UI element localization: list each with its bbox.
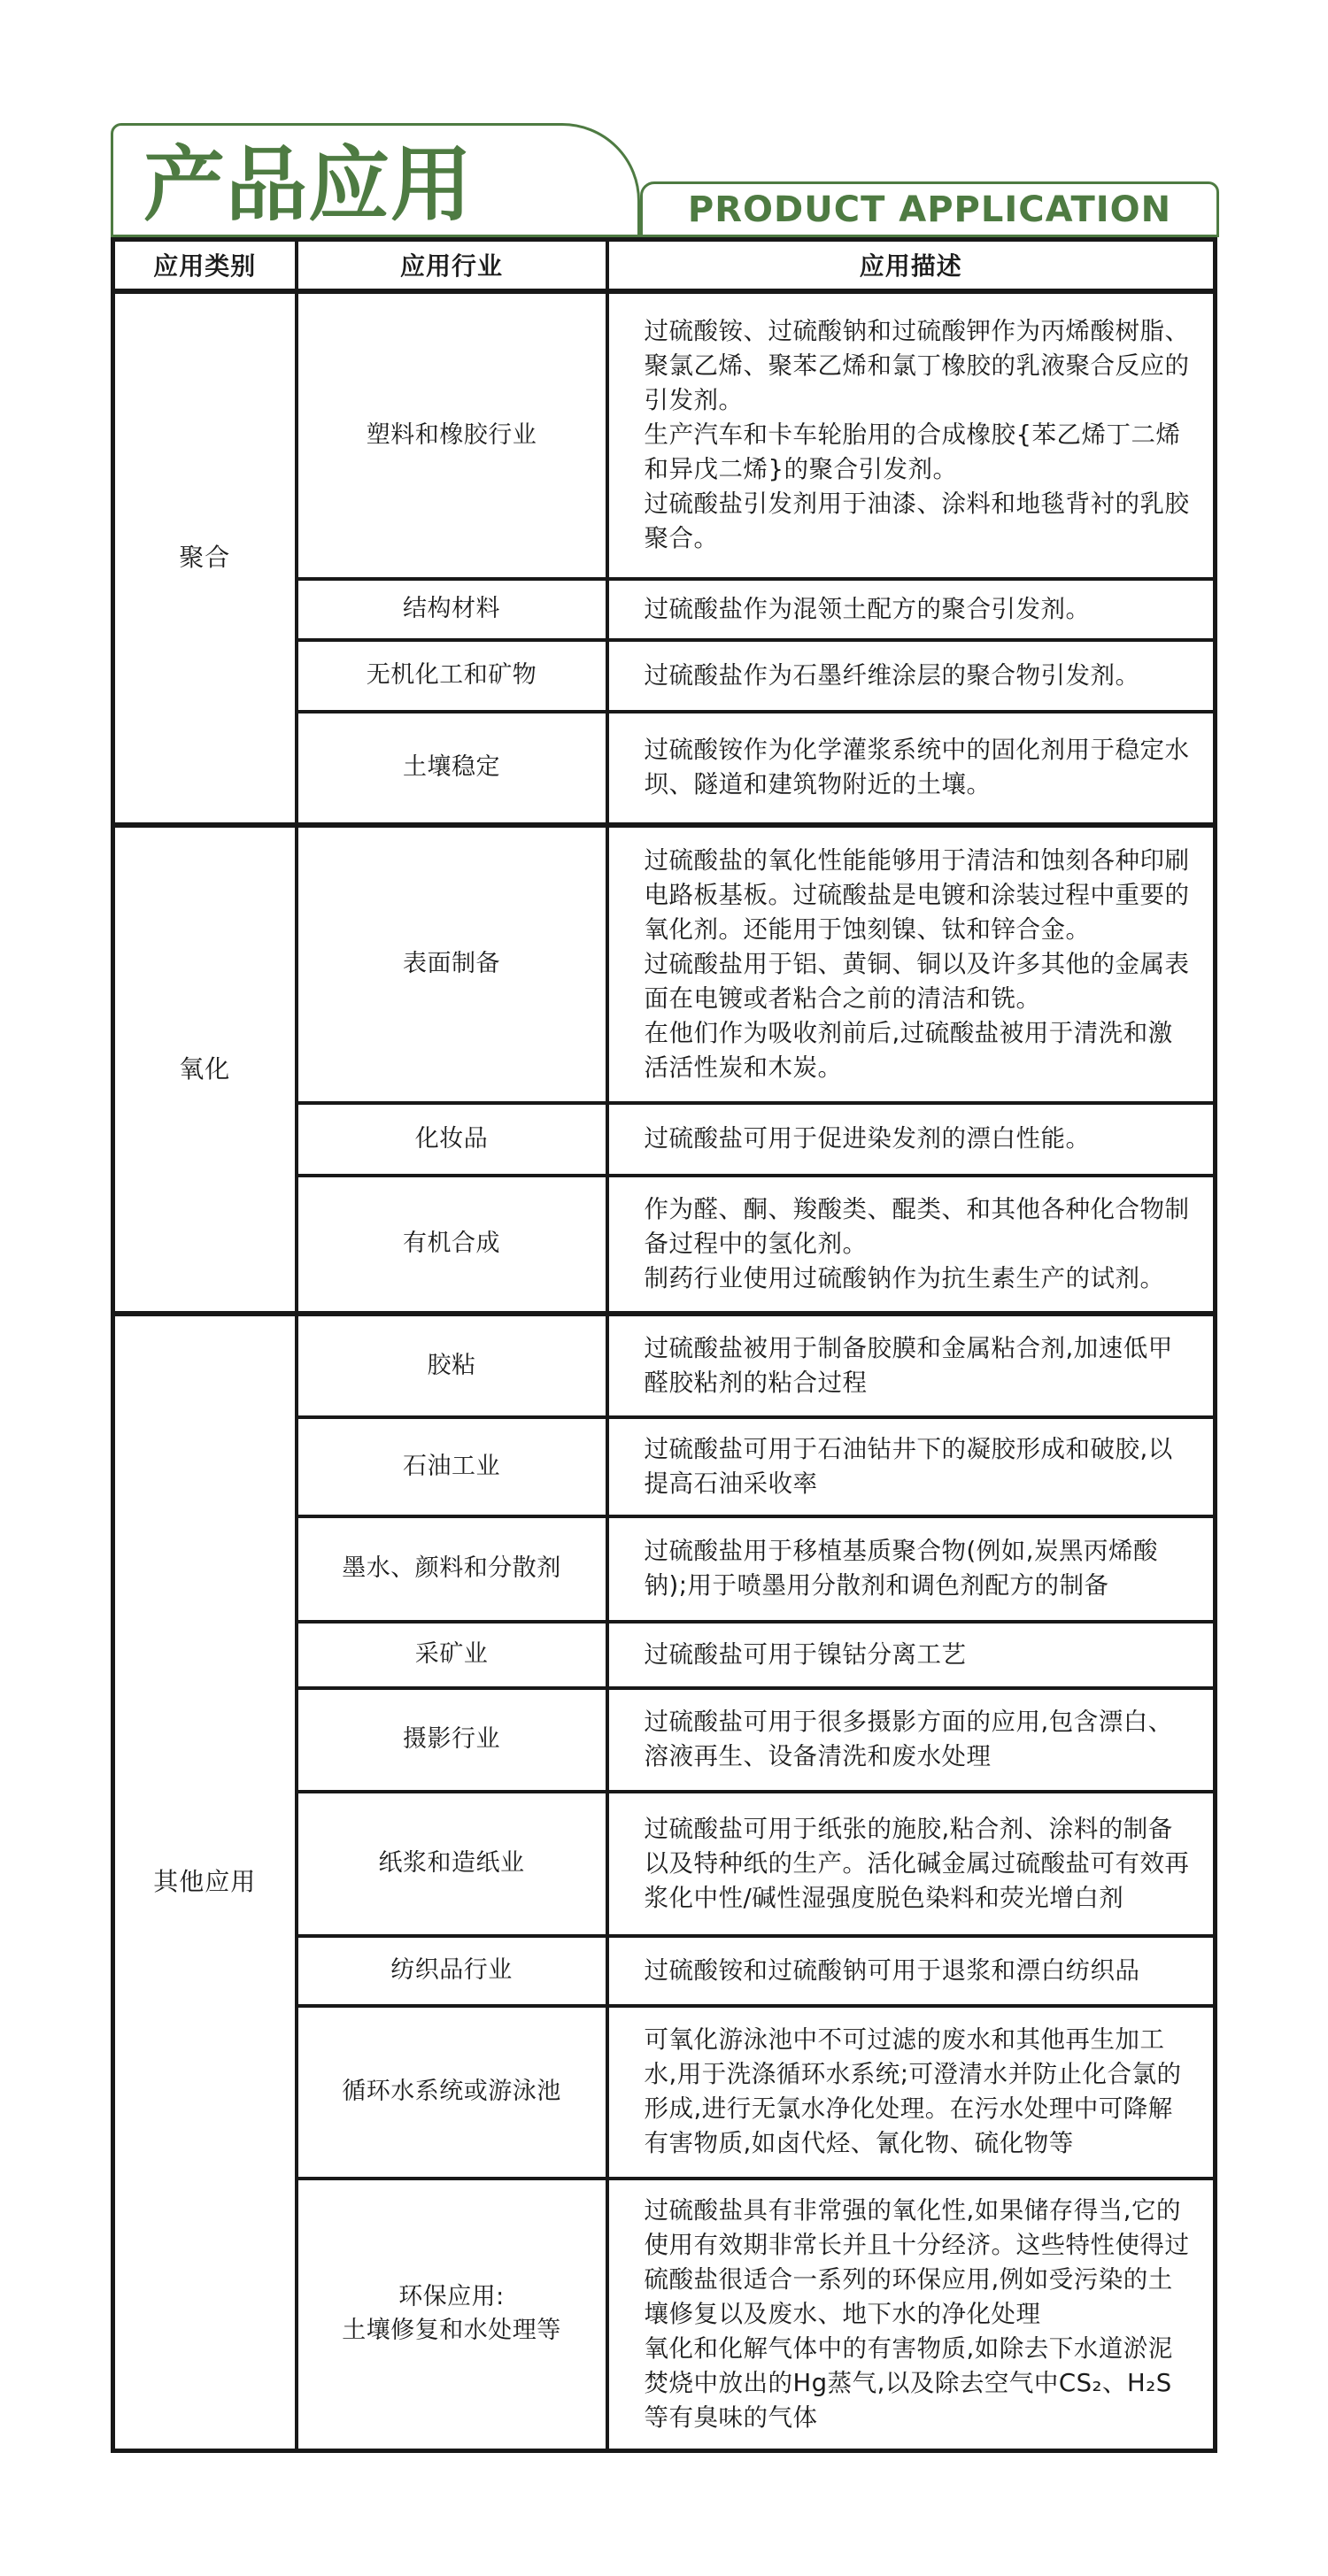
- description-cell: 过硫酸盐作为混领土配方的聚合引发剂。: [607, 579, 1216, 640]
- description-cell: 过硫酸盐可用于石油钻井下的凝胶形成和破胶,以提高石油采收率: [607, 1417, 1216, 1516]
- category-cell: 氧化: [113, 825, 297, 1314]
- category-cell: 聚合: [113, 291, 297, 825]
- industry-cell: 循环水系统或游泳池: [297, 2006, 607, 2179]
- product-application-table: 应用类别 应用行业 应用描述 聚合 塑料和橡胶行业 过硫酸铵、过硫酸钠和过硫酸钾…: [111, 237, 1217, 2453]
- description-cell: 过硫酸盐具有非常强的氧化性,如果储存得当,它的使用有效期非常长并且十分经济。这些…: [607, 2179, 1216, 2451]
- industry-cell: 胶粘: [297, 1314, 607, 1417]
- col-header-industry: 应用行业: [297, 240, 607, 291]
- industry-cell: 表面制备: [297, 825, 607, 1103]
- table-row: 其他应用 胶粘 过硫酸盐被用于制备胶膜和金属粘合剂,加速低甲醛胶粘剂的粘合过程: [113, 1314, 1216, 1417]
- description-cell: 过硫酸盐作为石墨纤维涂层的聚合物引发剂。: [607, 640, 1216, 712]
- industry-cell: 采矿业: [297, 1622, 607, 1688]
- industry-cell: 纺织品行业: [297, 1936, 607, 2006]
- description-cell: 过硫酸铵和过硫酸钠可用于退浆和漂白纺织品: [607, 1936, 1216, 2006]
- description-cell: 过硫酸盐被用于制备胶膜和金属粘合剂,加速低甲醛胶粘剂的粘合过程: [607, 1314, 1216, 1417]
- industry-cell: 墨水、颜料和分散剂: [297, 1516, 607, 1622]
- description-cell: 过硫酸盐可用于纸张的施胶,粘合剂、涂料的制备以及特种纸的生产。活化碱金属过硫酸盐…: [607, 1792, 1216, 1936]
- industry-cell: 环保应用: 土壤修复和水处理等: [297, 2179, 607, 2451]
- industry-cell: 纸浆和造纸业: [297, 1792, 607, 1936]
- industry-cell: 有机合成: [297, 1176, 607, 1314]
- col-header-description: 应用描述: [607, 240, 1216, 291]
- table-header-row: 应用类别 应用行业 应用描述: [113, 240, 1216, 291]
- description-cell: 过硫酸铵、过硫酸钠和过硫酸钾作为丙烯酸树脂、聚氯乙烯、聚苯乙烯和氯丁橡胶的乳液聚…: [607, 291, 1216, 579]
- title-tab-en: PRODUCT APPLICATION: [640, 181, 1219, 237]
- industry-cell: 石油工业: [297, 1417, 607, 1516]
- industry-cell: 摄影行业: [297, 1688, 607, 1792]
- description-cell: 过硫酸盐用于移植基质聚合物(例如,炭黑丙烯酸钠);用于喷墨用分散剂和调色剂配方的…: [607, 1516, 1216, 1622]
- table-row: 氧化 表面制备 过硫酸盐的氧化性能能够用于清洁和蚀刻各种印刷电路板基板。过硫酸盐…: [113, 825, 1216, 1103]
- description-cell: 过硫酸盐可用于很多摄影方面的应用,包含漂白、溶液再生、设备清洗和废水处理: [607, 1688, 1216, 1792]
- description-cell: 可氧化游泳池中不可过滤的废水和其他再生加工水,用于洗涤循环水系统;可澄清水并防止…: [607, 2006, 1216, 2179]
- table-row: 聚合 塑料和橡胶行业 过硫酸铵、过硫酸钠和过硫酸钾作为丙烯酸树脂、聚氯乙烯、聚苯…: [113, 291, 1216, 579]
- page-title: 产品应用: [143, 120, 473, 236]
- industry-cell: 无机化工和矿物: [297, 640, 607, 712]
- industry-cell: 塑料和橡胶行业: [297, 291, 607, 579]
- description-cell: 过硫酸盐的氧化性能能够用于清洁和蚀刻各种印刷电路板基板。过硫酸盐是电镀和涂装过程…: [607, 825, 1216, 1103]
- col-header-category: 应用类别: [113, 240, 297, 291]
- description-cell: 过硫酸盐可用于镍钴分离工艺: [607, 1622, 1216, 1688]
- industry-cell: 土壤稳定: [297, 712, 607, 825]
- industry-cell: 化妆品: [297, 1103, 607, 1176]
- page-subtitle: PRODUCT APPLICATION: [688, 189, 1171, 230]
- description-cell: 过硫酸盐可用于促进染发剂的漂白性能。: [607, 1103, 1216, 1176]
- industry-cell: 结构材料: [297, 579, 607, 640]
- description-cell: 作为醛、酮、羧酸类、醌类、和其他各种化合物制备过程中的氢化剂。 制药行业使用过硫…: [607, 1176, 1216, 1314]
- brochure-page: 产品应用 PRODUCT APPLICATION 应用类别 应用行业 应用描述 …: [0, 0, 1328, 2576]
- title-tab-cn: 产品应用: [111, 123, 640, 237]
- category-cell: 其他应用: [113, 1314, 297, 2451]
- description-cell: 过硫酸铵作为化学灌浆系统中的固化剂用于稳定水坝、隧道和建筑物附近的土壤。: [607, 712, 1216, 825]
